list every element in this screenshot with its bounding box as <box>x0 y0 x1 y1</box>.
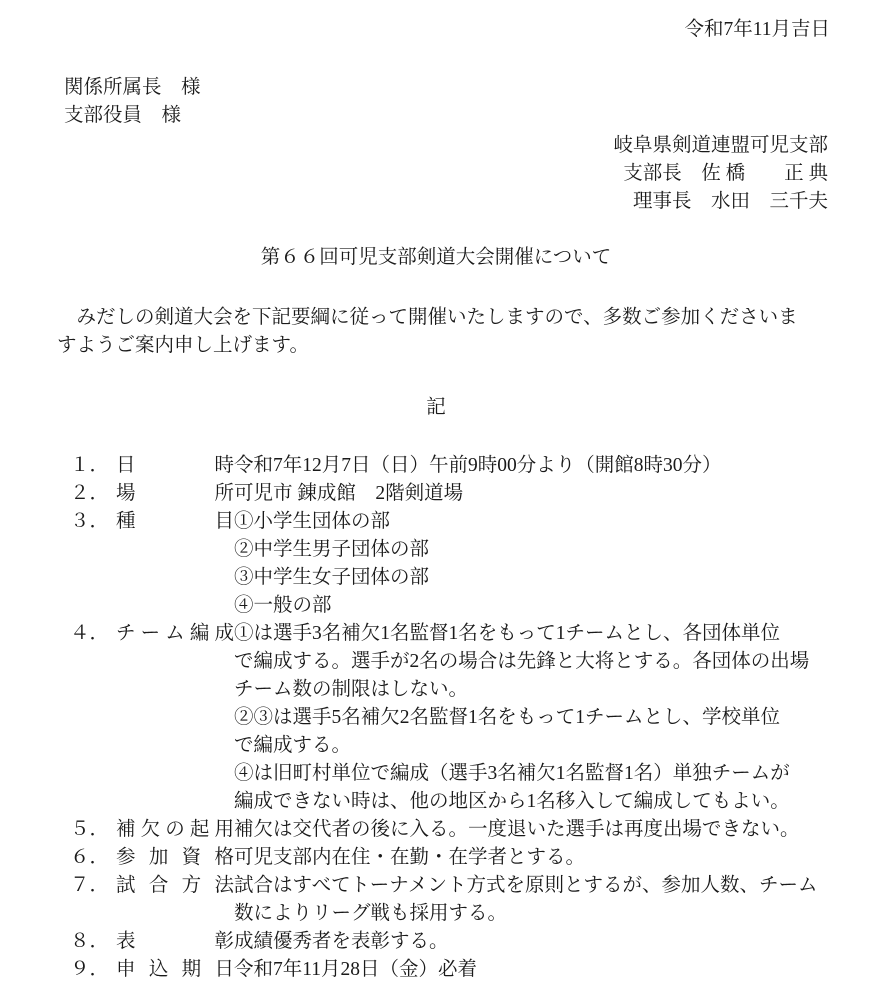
item-content-line: 可児市 錬成館 2階剣道場 <box>234 480 836 508</box>
item-label: 参加資格 <box>116 844 234 872</box>
item-label: 試合方法 <box>116 872 234 900</box>
addressee-line: 関係所属長 様 <box>64 74 872 102</box>
record-marker: 記 <box>0 394 872 422</box>
document-title: 第６６回可児支部剣道大会開催について <box>0 244 872 272</box>
item-label: 日時 <box>116 452 234 480</box>
item-content: 成績優秀者を表彰する。 <box>234 928 836 956</box>
item-number: １． <box>70 452 116 480</box>
item-content-line: ③中学生女子団体の部 <box>234 564 836 592</box>
item-content-line: 試合はすべてトーナメント方式を原則とするが、参加人数、チーム <box>234 872 836 900</box>
item-number: ９． <box>70 956 116 984</box>
item-content-line: 編成できない時は、他の地区から1名移入して編成してもよい。 <box>234 788 836 816</box>
sender-line: 岐阜県剣道連盟可児支部 <box>0 132 828 160</box>
item-label: 場所 <box>116 480 234 508</box>
item-number: ４． <box>70 620 116 648</box>
list-item: ７．試合方法試合はすべてトーナメント方式を原則とするが、参加人数、チーム数により… <box>70 872 836 928</box>
body-paragraph: みだしの剣道大会を下記要綱に従って開催いたしますので、多数ご参加くださいますよう… <box>0 304 872 360</box>
item-content-line: 令和7年11月28日（金）必着 <box>234 956 836 984</box>
item-content: 試合はすべてトーナメント方式を原則とするが、参加人数、チーム数によりリーグ戦も採… <box>234 872 836 928</box>
item-content-line: ④一般の部 <box>234 592 836 620</box>
item-number: ２． <box>70 480 116 508</box>
item-number: ５． <box>70 816 116 844</box>
item-label: チーム編成 <box>116 620 234 648</box>
item-content-line: で編成する。 <box>234 732 836 760</box>
item-content: 補欠は交代者の後に入る。一度退いた選手は再度出場できない。 <box>234 816 836 844</box>
item-content: 可児市 錬成館 2階剣道場 <box>234 480 836 508</box>
item-content-line: 成績優秀者を表彰する。 <box>234 928 836 956</box>
item-content-line: ②中学生男子団体の部 <box>234 536 836 564</box>
item-content-line: ①は選手3名補欠1名監督1名をもって1チームとし、各団体単位 <box>234 620 836 648</box>
item-label: 表彰 <box>116 928 234 956</box>
item-content-line: 令和7年12月7日（日）午前9時00分より（開館8時30分） <box>234 452 836 480</box>
item-number: ６． <box>70 844 116 872</box>
item-label: 申込期日 <box>116 956 234 984</box>
body-line: みだしの剣道大会を下記要綱に従って開催いたしますので、多数ご参加くださいま <box>57 304 832 332</box>
addressee-block: 関係所属長 様支部役員 様 <box>0 74 872 130</box>
list-item: ５．補欠の起用補欠は交代者の後に入る。一度退いた選手は再度出場できない。 <box>70 816 836 844</box>
item-content: ①小学生団体の部②中学生男子団体の部③中学生女子団体の部④一般の部 <box>234 508 836 620</box>
item-content-line: ②③は選手5名補欠2名監督1名をもって1チームとし、学校単位 <box>234 704 836 732</box>
item-content-line: ①小学生団体の部 <box>234 508 836 536</box>
item-content: ①は選手3名補欠1名監督1名をもって1チームとし、各団体単位で編成する。選手が2… <box>234 620 836 816</box>
item-label: 補欠の起用 <box>116 816 234 844</box>
item-label: 種目 <box>116 508 234 536</box>
item-content: 可児支部内在住・在勤・在学者とする。 <box>234 844 836 872</box>
item-content-line: 可児支部内在住・在勤・在学者とする。 <box>234 844 836 872</box>
item-content-line: 補欠は交代者の後に入る。一度退いた選手は再度出場できない。 <box>234 816 836 844</box>
outline-list: １．日時令和7年12月7日（日）午前9時00分より（開館8時30分）２．場所可児… <box>0 452 872 984</box>
sender-line: 支部長 佐 橋 正 典 <box>0 160 828 188</box>
body-line: すようご案内申し上げます。 <box>57 332 832 360</box>
letter-document: 令和7年11月吉日 関係所属長 様支部役員 様 岐阜県剣道連盟可児支部支部長 佐… <box>0 0 872 1000</box>
list-item: ３．種目①小学生団体の部②中学生男子団体の部③中学生女子団体の部④一般の部 <box>70 508 836 620</box>
item-content-line: チーム数の制限はしない。 <box>234 676 836 704</box>
list-item: １．日時令和7年12月7日（日）午前9時00分より（開館8時30分） <box>70 452 836 480</box>
sender-line: 理事長 水田 三千夫 <box>0 188 828 216</box>
list-item: ８．表彰成績優秀者を表彰する。 <box>70 928 836 956</box>
item-number: ３． <box>70 508 116 536</box>
sender-block: 岐阜県剣道連盟可児支部支部長 佐 橋 正 典理事長 水田 三千夫 <box>0 132 872 216</box>
item-content-line: ④は旧町村単位で編成（選手3名補欠1名監督1名）単独チームが <box>234 760 836 788</box>
item-content-line: 数によりリーグ戦も採用する。 <box>234 900 836 928</box>
list-item: ９．申込期日令和7年11月28日（金）必着 <box>70 956 836 984</box>
item-content: 令和7年12月7日（日）午前9時00分より（開館8時30分） <box>234 452 836 480</box>
addressee-line: 支部役員 様 <box>64 102 872 130</box>
item-content-line: で編成する。選手が2名の場合は先鋒と大将とする。各団体の出場 <box>234 648 836 676</box>
item-content: 令和7年11月28日（金）必着 <box>234 956 836 984</box>
list-item: ４．チーム編成①は選手3名補欠1名監督1名をもって1チームとし、各団体単位で編成… <box>70 620 836 816</box>
document-date: 令和7年11月吉日 <box>0 16 872 44</box>
item-number: ８． <box>70 928 116 956</box>
list-item: ２．場所可児市 錬成館 2階剣道場 <box>70 480 836 508</box>
list-item: ６．参加資格可児支部内在住・在勤・在学者とする。 <box>70 844 836 872</box>
item-number: ７． <box>70 872 116 900</box>
